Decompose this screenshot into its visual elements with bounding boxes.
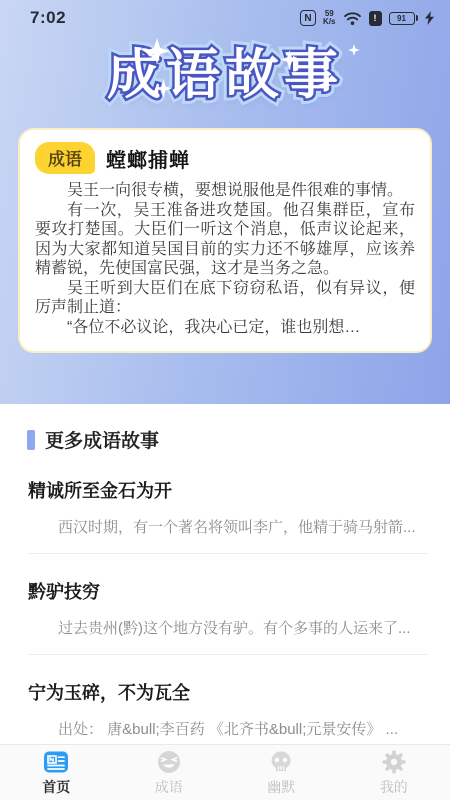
newspaper-icon — [43, 749, 69, 775]
list-item[interactable]: 黔驴技穷 过去贵州(黔)这个地方没有驴。有个多事的人运来了... — [0, 554, 450, 655]
hero-gradient-area: 7:02 N 59 K/s ! 91 — [0, 0, 450, 404]
section-accent-bar — [27, 430, 35, 450]
wifi-icon — [343, 11, 362, 26]
status-bar: 7:02 N 59 K/s ! 91 — [0, 0, 450, 30]
bottom-tab-bar: 首页 成语 幽默 — [0, 744, 450, 800]
list-item[interactable]: 精诚所至金石为开 西汉时期，有一个著名将领叫李广，他精于骑马射箭... — [0, 453, 450, 554]
battery-nub — [416, 15, 419, 21]
section-header: 更多成语故事 — [0, 404, 450, 453]
network-speed-indicator: 59 K/s — [323, 10, 335, 26]
list-item-title[interactable]: 宁为玉碎，不为瓦全 — [28, 655, 428, 705]
story-paragraph: 有一次，吴王准备进攻楚国。他召集群臣，宣布要攻打楚国。大臣们一听这个消息，低声议… — [35, 201, 415, 279]
list-item-excerpt: 出处： 唐&bull;李百药 《北齐书&bull;元景安传》 ... — [28, 718, 428, 739]
list-item[interactable]: 宁为玉碎，不为瓦全 出处： 唐&bull;李百药 《北齐书&bull;元景安传》… — [0, 655, 450, 756]
tab-home-label: 首页 — [42, 777, 70, 797]
section-title: 更多成语故事 — [45, 426, 159, 453]
tab-profile-label: 我的 — [380, 777, 408, 797]
tab-idioms[interactable]: 成语 — [113, 745, 226, 800]
story-paragraph: 吴王一向很专横，要想说服他是件很难的事情。 — [35, 181, 415, 201]
list-item-excerpt: 西汉时期，有一个著名将领叫李广，他精于骑马射箭... — [28, 516, 428, 537]
app-screen: 7:02 N 59 K/s ! 91 — [0, 0, 450, 800]
idiom-title: 螳螂捕蝉 — [106, 144, 190, 173]
nfc-icon: N — [300, 10, 316, 26]
speed-unit: K/s — [323, 18, 335, 26]
list-item-excerpt: 过去贵州(黔)这个地方没有驴。有个多事的人运来了... — [28, 617, 428, 638]
story-paragraph: 吴王听到大臣们在底下窃窃私语，似有异议，便厉声制止道： — [35, 279, 415, 318]
tab-idioms-label: 成语 — [155, 777, 183, 797]
tab-home[interactable]: 首页 — [0, 745, 113, 800]
list-item-title[interactable]: 黔驴技穷 — [28, 554, 428, 604]
laughing-face-icon — [156, 749, 182, 775]
skull-face-icon — [268, 749, 294, 775]
story-text: 吴王一向很专横，要想说服他是件很难的事情。 有一次，吴王准备进攻楚国。他召集群臣… — [35, 181, 415, 337]
more-stories-section: 更多成语故事 精诚所至金石为开 西汉时期，有一个著名将领叫李广，他精于骑马射箭.… — [0, 404, 450, 756]
gear-icon — [381, 749, 407, 775]
app-title-banner: 成语故事 成语故事 成语故事 — [0, 32, 450, 118]
story-card-header: 成语 螳螂捕蝉 — [35, 142, 415, 174]
charging-bolt-icon — [425, 11, 434, 25]
status-icons: N 59 K/s ! 91 — [300, 10, 434, 26]
story-card[interactable]: 成语 螳螂捕蝉 吴王一向很专横，要想说服他是件很难的事情。 有一次，吴王准备进攻… — [18, 128, 432, 353]
battery-icon: 91 — [389, 12, 419, 25]
tab-humor-label: 幽默 — [267, 777, 295, 797]
idiom-badge: 成语 — [35, 142, 95, 174]
tab-profile[interactable]: 我的 — [338, 745, 450, 800]
banner-text-fill: 成语故事 — [107, 45, 343, 105]
battery-percent: 91 — [389, 12, 415, 25]
list-item-title[interactable]: 精诚所至金石为开 — [28, 453, 428, 503]
banner-text: 成语故事 成语故事 成语故事 — [0, 32, 450, 118]
sim-alert-icon: ! — [369, 11, 382, 26]
tab-humor[interactable]: 幽默 — [225, 745, 338, 800]
story-paragraph: “各位不必议论，我决心已定，谁也别想… — [35, 318, 415, 338]
clock: 7:02 — [30, 8, 66, 28]
